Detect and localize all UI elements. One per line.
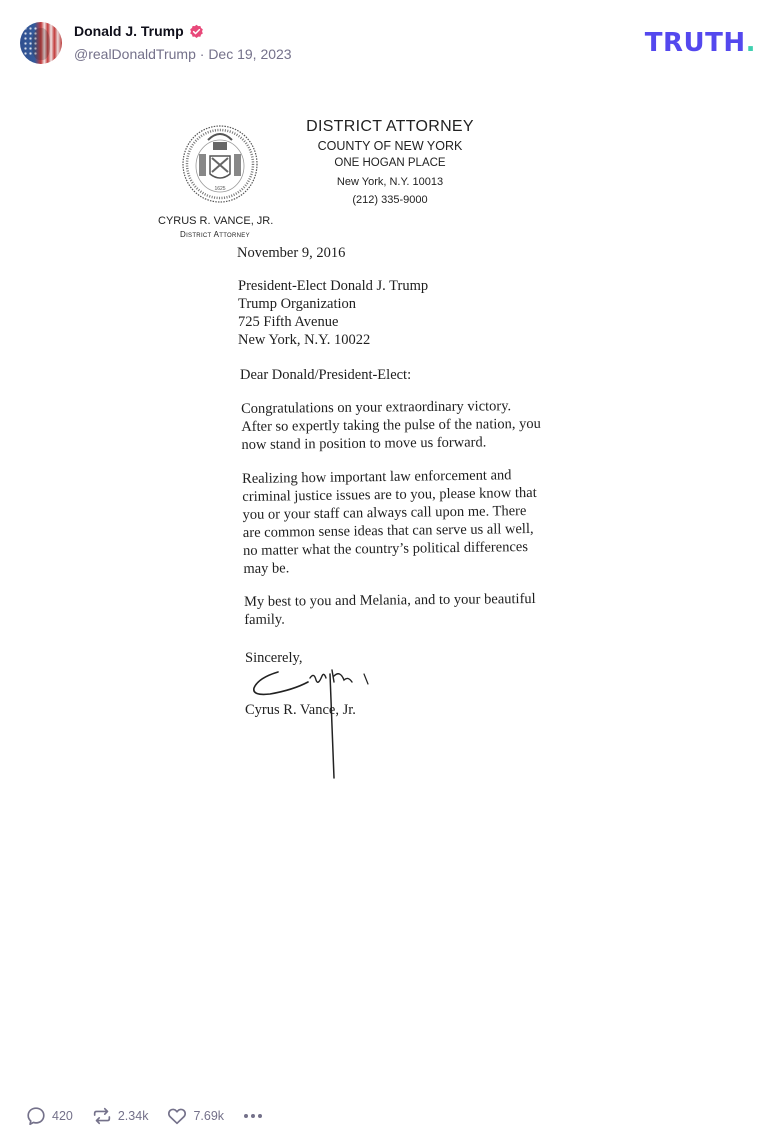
reply-count: 420 bbox=[52, 1109, 73, 1123]
letterhead-place: ONE HOGAN PLACE bbox=[290, 157, 490, 169]
letterhead-da-title: District Attorney bbox=[180, 230, 250, 239]
author-name-row: Donald J. Trump bbox=[74, 23, 204, 39]
author-meta: @realDonaldTrump · Dec 19, 2023 bbox=[74, 46, 292, 62]
letterhead-city: New York, N.Y. 10013 bbox=[290, 176, 490, 188]
verified-badge-icon bbox=[189, 24, 204, 39]
letter-image[interactable]: 1625 DISTRICT ATTORNEY COUNTY OF NEW YOR… bbox=[0, 100, 777, 800]
post-actions: 420 2.34k 7.69k bbox=[25, 1104, 264, 1128]
handwritten-signature bbox=[248, 660, 388, 782]
repost-button[interactable]: 2.34k bbox=[91, 1105, 149, 1127]
repost-icon bbox=[91, 1105, 113, 1127]
letter-date: November 9, 2016 bbox=[237, 244, 345, 262]
letterhead-phone: (212) 335-9000 bbox=[290, 194, 490, 206]
brand-dot: . bbox=[746, 28, 756, 58]
nyc-seal-icon: 1625 bbox=[180, 120, 260, 204]
more-options-button[interactable] bbox=[242, 1110, 264, 1122]
reply-button[interactable]: 420 bbox=[25, 1105, 73, 1127]
heart-icon bbox=[166, 1105, 188, 1127]
meta-separator: · bbox=[200, 46, 205, 62]
address-line: New York, N.Y. 10022 bbox=[238, 331, 428, 349]
paragraph-line: now stand in position to move us forward… bbox=[241, 433, 541, 454]
letter-paragraph: My best to you and Melania, and to your … bbox=[244, 590, 536, 629]
letter-signer: Cyrus R. Vance, Jr. bbox=[245, 701, 356, 719]
address-line: President-Elect Donald J. Trump bbox=[238, 277, 428, 295]
address-line: Trump Organization bbox=[238, 295, 428, 313]
truth-social-logo[interactable]: TRUTH. bbox=[645, 28, 756, 58]
more-icon-dot bbox=[258, 1114, 262, 1118]
letter-paragraph: Congratulations on your extraordinary vi… bbox=[241, 397, 541, 454]
paragraph-line: After so expertly taking the pulse of th… bbox=[241, 415, 541, 436]
more-icon bbox=[244, 1114, 248, 1118]
like-button[interactable]: 7.69k bbox=[166, 1105, 224, 1127]
post-header: Donald J. Trump @realDonaldTrump · Dec 1… bbox=[20, 20, 760, 70]
letterhead-title: DISTRICT ATTORNEY bbox=[290, 118, 490, 136]
letterhead-da-name: CYRUS R. VANCE, JR. bbox=[158, 215, 273, 227]
address-line: 725 Fifth Avenue bbox=[238, 313, 428, 331]
author-display-name[interactable]: Donald J. Trump bbox=[74, 23, 184, 39]
letter-paragraph: Realizing how important law enforcement … bbox=[242, 466, 538, 578]
brand-name: TRUTH bbox=[645, 28, 746, 58]
svg-text:1625: 1625 bbox=[214, 186, 225, 192]
post-date[interactable]: Dec 19, 2023 bbox=[208, 46, 291, 62]
paragraph-line: family. bbox=[244, 608, 536, 629]
letterhead-county: COUNTY OF NEW YORK bbox=[290, 139, 490, 153]
letter-address: President-Elect Donald J. Trump Trump Or… bbox=[238, 277, 428, 349]
more-icon-dot bbox=[251, 1114, 255, 1118]
avatar-portrait bbox=[32, 28, 50, 60]
paragraph-line: My best to you and Melania, and to your … bbox=[244, 590, 536, 611]
letter-salutation: Dear Donald/President-Elect: bbox=[240, 366, 411, 384]
author-handle[interactable]: @realDonaldTrump bbox=[74, 46, 196, 62]
like-count: 7.69k bbox=[193, 1109, 224, 1123]
comment-icon bbox=[25, 1105, 47, 1127]
repost-count: 2.34k bbox=[118, 1109, 149, 1123]
paragraph-line: may be. bbox=[243, 556, 538, 578]
avatar[interactable] bbox=[20, 22, 62, 64]
